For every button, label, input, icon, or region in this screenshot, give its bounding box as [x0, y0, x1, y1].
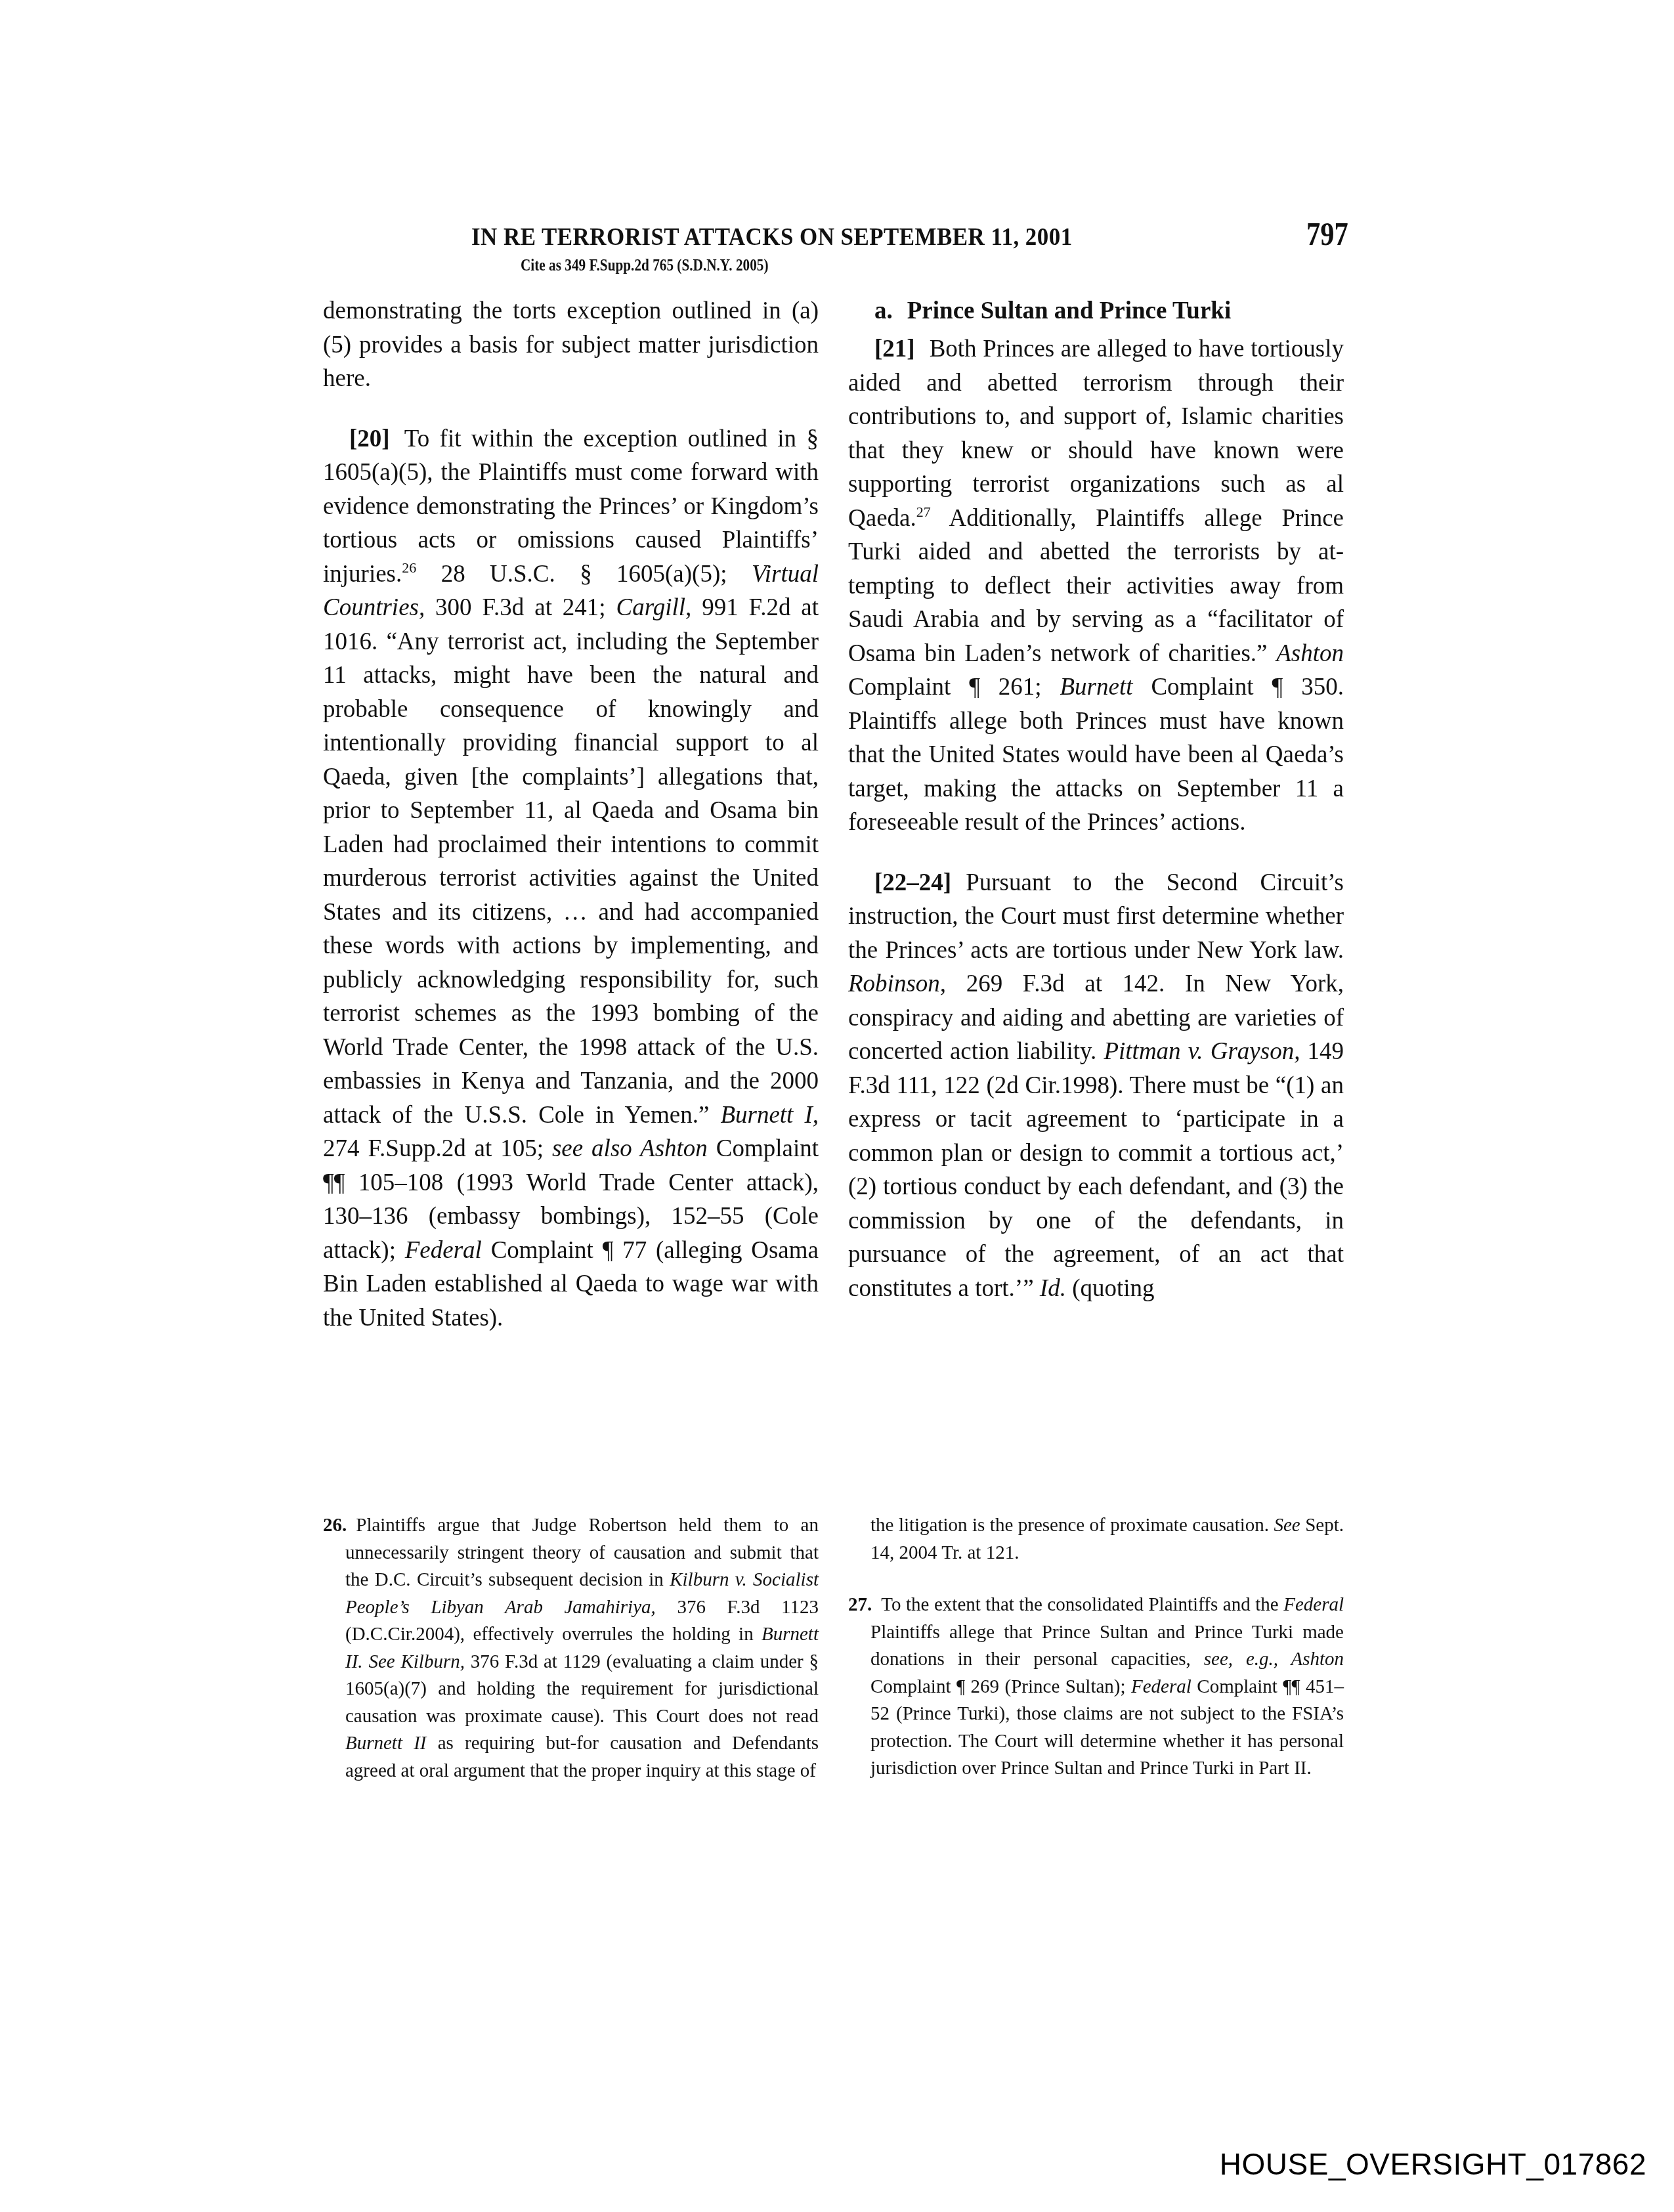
section-title: Prince Sultan and Prince Turki [907, 297, 1231, 324]
citation-signal: See [1274, 1515, 1300, 1536]
right-column: a.Prince Sultan and Prince Turki [21]Bot… [848, 294, 1344, 1305]
body-text: Both Princes are alleged to have tortiou… [848, 336, 1344, 532]
case-name: Pittman v. Gray­son, [1104, 1038, 1300, 1065]
footnotes-left: 26.Plaintiffs argue that Judge Robertson… [323, 1512, 819, 1785]
case-citation: Cite as 349 F.Supp.2d 765 (S.D.N.Y. 2005… [521, 256, 768, 276]
footnote-26: 26.Plaintiffs argue that Judge Robertson… [323, 1512, 819, 1785]
left-column: demonstrating the torts exception outlin… [323, 294, 819, 1335]
case-name: Federal [405, 1237, 482, 1264]
body-text: (quoting [1066, 1275, 1155, 1302]
case-name: Id. [1040, 1275, 1066, 1302]
headnote-marker: [22–24] [874, 869, 951, 896]
body-text: Additionally, Plaintiffs allege Prince T… [848, 505, 1344, 667]
body-text: 28 U.S.C. § 1605(a)(5); [416, 561, 752, 588]
case-name: Bur­nett I, [720, 1102, 819, 1129]
paragraph-continuation: demonstrating the torts exception outlin… [323, 294, 819, 396]
paragraph-21: [21]Both Princes are alleged to have tor… [848, 332, 1344, 840]
paragraph-22-24: [22–24]Pursuant to the Second Cir­cuit’s… [848, 866, 1344, 1306]
case-name: Robinson, [848, 970, 946, 997]
footnotes-right: the litigation is the presence of proxim… [848, 1512, 1344, 1783]
case-name: Fed­eral [1131, 1676, 1191, 1697]
bates-stamp: HOUSE_OVERSIGHT_017862 [1220, 2146, 1646, 2182]
paragraph-20: [20]To fit within the exception out­line… [323, 422, 819, 1335]
footnote-27: 27.To the extent that the consolidated P… [848, 1592, 1344, 1783]
footnote-number: 27. [848, 1594, 872, 1615]
headnote-marker: [20] [349, 425, 390, 452]
citation-signal: see, e.g., Ashton [1204, 1649, 1344, 1670]
citation-signal: see also Ashton [552, 1135, 708, 1162]
footnote-ref-27[interactable]: 27 [916, 504, 931, 520]
body-text: 149 F.3d 111, 122 (2d Cir.1998). There m… [848, 1038, 1344, 1302]
footnote-26-continued: the litigation is the presence of proxim… [848, 1512, 1344, 1567]
case-name: Ashton [1276, 640, 1344, 667]
section-letter: a. [874, 297, 893, 324]
case-name: Cargill, [616, 594, 691, 621]
headnote-marker: [21] [874, 336, 915, 362]
case-name: Burnett [1060, 674, 1133, 701]
footnote-text: Complaint ¶ 269 (Prince Sultan); [870, 1676, 1131, 1697]
case-name: Burnett II [345, 1733, 426, 1754]
footnote-ref-26[interactable]: 26 [402, 559, 416, 576]
footnote-text: the litigation is the presence of proxim… [870, 1515, 1274, 1536]
body-text: 991 F.2d at 1016. “Any terrorist act, in… [323, 594, 819, 1129]
footnote-text: To the extent that the consolidated Plai… [881, 1594, 1283, 1615]
body-text: Complaint ¶ 261; [848, 674, 1060, 701]
body-text: 274 F.Supp.2d at 105; [323, 1135, 552, 1162]
footnote-number: 26. [323, 1515, 347, 1536]
section-heading: a.Prince Sultan and Prince Turki [874, 294, 1344, 328]
body-text: 300 F.3d at 241; [425, 594, 616, 621]
page-number: 797 [1306, 215, 1348, 252]
running-title: IN RE TERRORIST ATTACKS ON SEPTEMBER 11,… [471, 222, 1130, 252]
case-name: Federal [1283, 1594, 1344, 1615]
